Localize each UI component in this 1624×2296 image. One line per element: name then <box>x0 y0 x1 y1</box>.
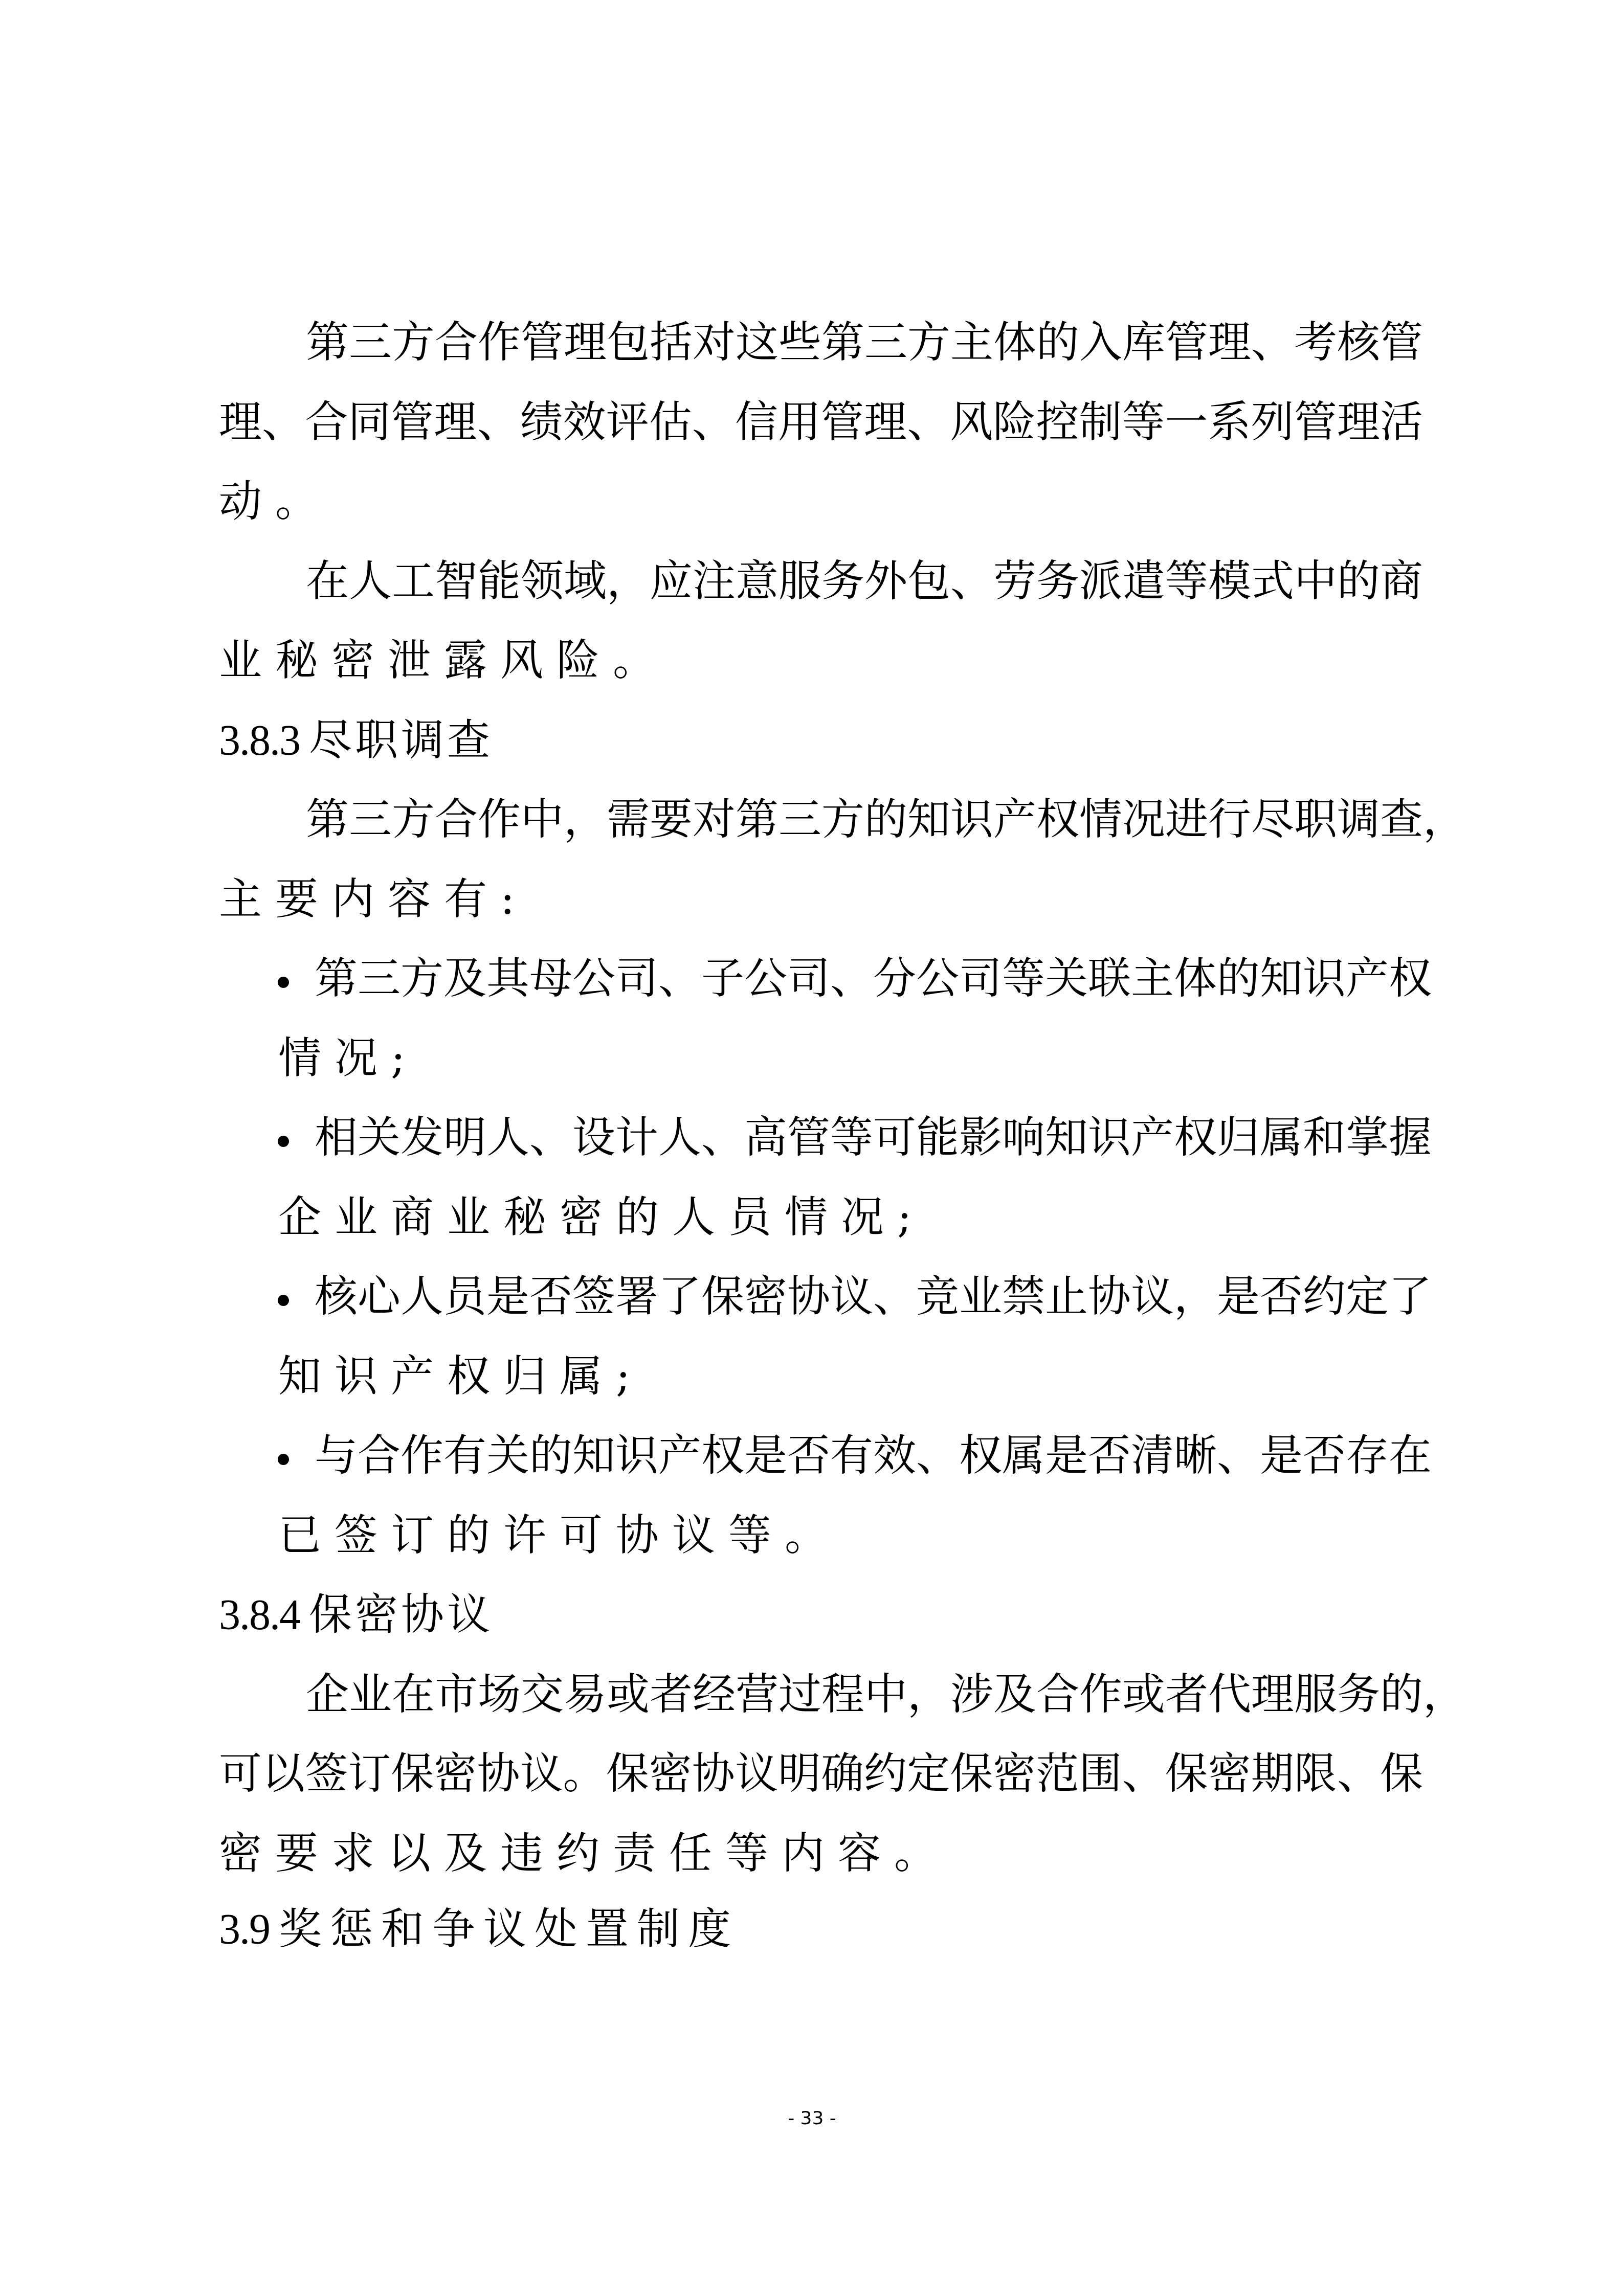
list-item-first-line: 核心人员是否签署了保密协议、竞业禁止协议，是否约定了 <box>219 1257 1423 1337</box>
section-number: 3.8.3 <box>219 717 300 764</box>
paragraph-line: 第三方合作管理包括对这些第三方主体的入库管理、考核管 <box>219 303 1423 382</box>
list-item-text: 第三方及其母公司、子公司、分公司等关联主体的知识产权 <box>276 939 1423 1019</box>
list-item-continuation: 企业商业秘密的人员情况; <box>219 1178 1423 1257</box>
section-title: 奖惩和争议处置制度 <box>279 1904 739 1954</box>
list-item-text: 核心人员是否签署了保密协议、竞业禁止协议，是否约定了 <box>276 1257 1423 1337</box>
list-item-text: 相关发明人、设计人、高管等可能影响知识产权归属和掌握 <box>276 1098 1423 1178</box>
list-item-continuation: 知识产权归属; <box>219 1337 1423 1416</box>
list-item: 第三方及其母公司、子公司、分公司等关联主体的知识产权 情况; <box>219 939 1423 1098</box>
bullet-icon <box>278 977 289 988</box>
page-number: - 33 - <box>0 2106 1624 2131</box>
list-item-first-line: 第三方及其母公司、子公司、分公司等关联主体的知识产权 <box>219 939 1423 1019</box>
section-number: 3.8.4 <box>219 1591 300 1639</box>
paragraph-line: 第三方合作中，需要对第三方的知识产权情况进行尽职调查， <box>219 780 1423 860</box>
bullet-icon <box>278 1295 289 1306</box>
list-item-continuation: 情况; <box>219 1019 1423 1098</box>
section-number: 3.9 <box>219 1906 270 1953</box>
list-item: 核心人员是否签署了保密协议、竞业禁止协议，是否约定了 知识产权归属; <box>219 1257 1423 1416</box>
list-item: 相关发明人、设计人、高管等可能影响知识产权归属和掌握 企业商业秘密的人员情况; <box>219 1098 1423 1257</box>
paragraph-line: 主要内容有: <box>219 860 1423 939</box>
list-item-continuation: 已签订的许可协议等。 <box>219 1496 1423 1575</box>
paragraph-line: 可以签订保密协议。保密协议明确约定保密范围、保密期限、保 <box>219 1734 1423 1814</box>
paragraph-line: 动。 <box>219 462 1423 542</box>
page-body: 第三方合作管理包括对这些第三方主体的入库管理、考核管 理、合同管理、绩效评估、信… <box>219 303 1423 1965</box>
section-heading-3-9: 3.9奖惩和争议处置制度 <box>219 1893 1423 1965</box>
list-item-first-line: 与合作有关的知识产权是否有效、权属是否清晰、是否存在 <box>219 1416 1423 1496</box>
paragraph-line: 业秘密泄露风险。 <box>219 621 1423 701</box>
bullet-icon <box>278 1454 289 1465</box>
document-page: 第三方合作管理包括对这些第三方主体的入库管理、考核管 理、合同管理、绩效评估、信… <box>0 0 1624 2296</box>
paragraph-line: 理、合同管理、绩效评估、信用管理、风险控制等一系列管理活 <box>219 382 1423 462</box>
paragraph-line: 密要求以及违约责任等内容。 <box>219 1814 1423 1894</box>
paragraph-line: 在人工智能领域，应注意服务外包、劳务派遣等模式中的商 <box>219 542 1423 621</box>
section-heading-3-8-4: 3.8.4保密协议 <box>219 1575 1423 1655</box>
list-item-first-line: 相关发明人、设计人、高管等可能影响知识产权归属和掌握 <box>219 1098 1423 1178</box>
paragraph-ai-outsourcing-risk: 在人工智能领域，应注意服务外包、劳务派遣等模式中的商 业秘密泄露风险。 <box>219 542 1423 701</box>
paragraph-due-diligence-intro: 第三方合作中，需要对第三方的知识产权情况进行尽职调查， 主要内容有: <box>219 780 1423 939</box>
paragraph-third-party-management: 第三方合作管理包括对这些第三方主体的入库管理、考核管 理、合同管理、绩效评估、信… <box>219 303 1423 542</box>
list-item: 与合作有关的知识产权是否有效、权属是否清晰、是否存在 已签订的许可协议等。 <box>219 1416 1423 1575</box>
section-title: 保密协议 <box>309 1589 493 1639</box>
list-item-text: 与合作有关的知识产权是否有效、权属是否清晰、是否存在 <box>276 1416 1423 1496</box>
section-title: 尽职调查 <box>309 715 493 765</box>
paragraph-confidentiality-agreement: 企业在市场交易或者经营过程中，涉及合作或者代理服务的， 可以签订保密协议。保密协… <box>219 1655 1423 1894</box>
paragraph-line: 企业在市场交易或者经营过程中，涉及合作或者代理服务的， <box>219 1655 1423 1735</box>
section-heading-3-8-3: 3.8.3尽职调查 <box>219 701 1423 780</box>
bullet-icon <box>278 1136 289 1147</box>
due-diligence-bullet-list: 第三方及其母公司、子公司、分公司等关联主体的知识产权 情况; 相关发明人、设计人… <box>219 939 1423 1575</box>
